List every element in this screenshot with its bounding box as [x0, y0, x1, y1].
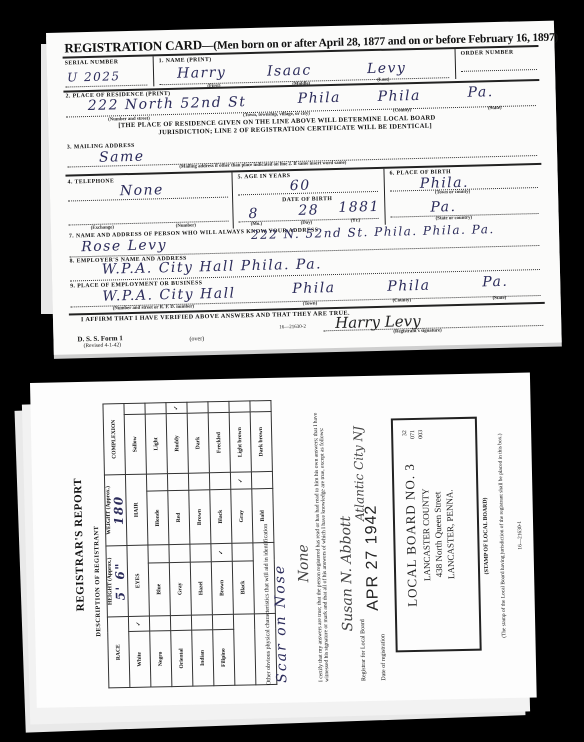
dob-year: 1881 — [338, 199, 380, 216]
race-check[interactable]: ✓ — [128, 616, 149, 631]
race-check[interactable] — [212, 614, 233, 629]
race-option: White — [129, 631, 151, 687]
serial-number-label: SERIAL NUMBER — [65, 59, 119, 66]
registrar-label: Registrar for Local Board — [360, 619, 367, 681]
birth-town-caption: (Town or county) — [435, 190, 470, 196]
stamp-line-4: LANCASTER, PENNA. — [443, 419, 458, 649]
weight-header: WEIGHT (Approx.)180 — [104, 475, 126, 546]
name-label: 1. NAME (Print) — [159, 57, 212, 64]
complexion-option: Freckled — [208, 412, 230, 472]
dotted-line — [65, 85, 147, 88]
hair-check[interactable] — [167, 473, 188, 491]
stamp-code: 003 — [417, 430, 425, 439]
description-table: RACE HEIGHT (Approx.)5' 6" WEIGHT (Appro… — [102, 400, 277, 688]
hair-check[interactable] — [188, 473, 209, 491]
eyes-check[interactable] — [169, 544, 190, 562]
stamp-note: (The stamp of the Local Board having jur… — [496, 373, 509, 698]
print-code: 16—21630-2 — [279, 325, 306, 331]
stamp-code: 32 — [401, 430, 409, 439]
description-heading: DESCRIPTION OF REGISTRANT — [93, 526, 102, 637]
complexion-check[interactable] — [229, 401, 250, 412]
form-code: 16—21630-1 — [514, 373, 527, 698]
complexion-option: Dark brown — [250, 412, 272, 472]
telephone-value: None — [120, 182, 164, 199]
registration-card-front: REGISTRATION CARD—(Men born on or after … — [46, 21, 562, 355]
day-caption: (Day) — [301, 221, 313, 226]
hair-check[interactable]: ✓ — [230, 472, 251, 490]
hair-option: Red — [168, 490, 190, 544]
dob-month: 8 — [248, 206, 259, 222]
registrars-report-content: REGISTRAR'S REPORT DESCRIPTION OF REGIST… — [30, 373, 537, 708]
form-revised: (Revised 4-1-42) — [84, 342, 122, 349]
race-check[interactable] — [170, 615, 191, 630]
divider — [153, 56, 155, 86]
residence-town: Phila — [297, 90, 341, 107]
date-stamp: APR 27 1942 — [363, 504, 383, 611]
hair-option: Black — [210, 490, 232, 544]
certification-text: I certify that my answers are true; that… — [312, 402, 331, 682]
divider — [383, 169, 386, 225]
complexion-check[interactable] — [124, 403, 145, 414]
complexion-header: COMPLEXION — [103, 404, 125, 475]
eyes-option: Hazel — [190, 561, 212, 615]
stamp-code: 071 — [409, 430, 417, 439]
complexion-option: Ruddy — [166, 413, 188, 473]
date-label: Date of registration — [380, 634, 387, 681]
telephone-label: 4. TELEPHONE — [68, 178, 115, 185]
stamp-caption: (STAMP OF LOCAL BOARD) — [480, 373, 493, 698]
dotted-line — [69, 221, 229, 226]
complexion-option: Dark — [187, 413, 209, 473]
employment-county-caption: (County) — [393, 298, 412, 303]
signature-caption: (Registrant's signature) — [393, 328, 441, 334]
month-caption: (Mo.) — [251, 222, 262, 227]
eyes-check[interactable] — [148, 545, 169, 563]
age-value: 60 — [290, 178, 311, 195]
first-name-value: Harry — [177, 65, 227, 82]
employment-town: Phila — [292, 280, 336, 297]
eyes-option: Gray — [169, 562, 191, 616]
birthplace-state: Pa. — [430, 199, 456, 216]
employment-state: Pa. — [482, 274, 508, 291]
mailing-address-value: Same — [99, 149, 145, 166]
complexion-check[interactable] — [145, 403, 166, 414]
year-caption: (Yr.) — [351, 218, 361, 223]
number-caption: (Number) — [176, 223, 196, 228]
age-label: 5. AGE IN YEARS — [238, 173, 291, 180]
race-check[interactable] — [191, 615, 212, 630]
other-characteristics-value: Scar on Nose — [272, 564, 290, 683]
complexion-option: Light — [145, 414, 167, 474]
complexion-option: Sallow — [124, 414, 146, 474]
race-option: Indian — [192, 630, 214, 686]
contact-name: Rose Levy — [81, 237, 167, 255]
hair-check[interactable] — [209, 472, 230, 490]
serial-number-value: U 2025 — [67, 69, 121, 84]
employment-street: W.P.A. City Hall — [102, 285, 235, 304]
exchange-caption: (Exchange) — [91, 225, 114, 231]
stamp-line-1: LOCAL BOARD NO. 3 — [401, 420, 422, 650]
height-value: 5' 6" — [113, 562, 128, 601]
eyes-check[interactable] — [190, 544, 211, 562]
hair-option: Brown — [189, 490, 211, 544]
race-option: Filipino — [213, 629, 235, 685]
residence-street: 222 North 52nd St — [88, 94, 247, 114]
empty-cell — [233, 614, 255, 685]
state-caption: (State) — [488, 106, 502, 111]
complexion-check[interactable] — [208, 401, 229, 412]
eyes-header: EYES — [127, 545, 149, 616]
complexion-check[interactable]: ✓ — [166, 402, 187, 413]
hair-check[interactable] — [146, 474, 167, 492]
report-title: REGISTRAR'S REPORT — [70, 382, 89, 707]
eyes-option: Blue — [148, 562, 170, 616]
hair-header: HAIR — [125, 474, 147, 545]
registrar-signature: Susan N. Abbott — [338, 516, 356, 632]
dotted-line — [461, 69, 537, 72]
stamp-codes: 32 071 003 — [401, 430, 425, 440]
contact-address: 222 N. 52nd St. Phila. Phila. Pa. — [251, 222, 495, 242]
hair-option: Gray — [231, 489, 253, 543]
employment-state-caption: (State) — [493, 296, 507, 301]
race-option: Oriental — [171, 630, 193, 686]
birth-state-caption: (State or country) — [436, 216, 473, 222]
employment-town-caption: (Town) — [303, 301, 318, 306]
certification-value: None — [295, 544, 312, 582]
residence-county: Phila — [377, 88, 421, 105]
middle-name-value: Isaac — [267, 63, 312, 80]
eyes-option: Brown — [211, 561, 233, 615]
dob-day: 28 — [298, 202, 319, 219]
eyes-check[interactable]: ✓ — [211, 543, 232, 561]
complexion-check[interactable] — [250, 400, 271, 411]
height-header: HEIGHT (Approx.)5' 6" — [106, 546, 128, 617]
eyes-check[interactable] — [232, 543, 253, 561]
order-number-label: ORDER NUMBER — [461, 50, 514, 57]
divider — [455, 49, 457, 79]
residence-state: Pa. — [467, 84, 493, 101]
complexion-check[interactable] — [187, 402, 208, 413]
last-name-value: Levy — [367, 60, 407, 77]
hair-option: Blonde — [147, 491, 169, 545]
registrars-report-card: REGISTRAR'S REPORT DESCRIPTION OF REGIST… — [30, 373, 537, 708]
over-note: (over) — [189, 336, 204, 342]
hair-check[interactable] — [251, 471, 272, 489]
race-check[interactable] — [149, 616, 170, 631]
eyes-option: Black — [232, 561, 254, 615]
weight-value: 180 — [111, 495, 126, 525]
employment-county: Phila — [387, 278, 431, 295]
race-header: RACE — [107, 616, 129, 687]
local-board-stamp: LOCAL BOARD NO. 3 LANCASTER COUNTY 438 N… — [391, 417, 482, 653]
complexion-option: Light brown — [229, 412, 251, 472]
race-option: Negro — [150, 631, 172, 687]
county-caption: (County) — [393, 108, 412, 113]
divider — [231, 172, 234, 228]
